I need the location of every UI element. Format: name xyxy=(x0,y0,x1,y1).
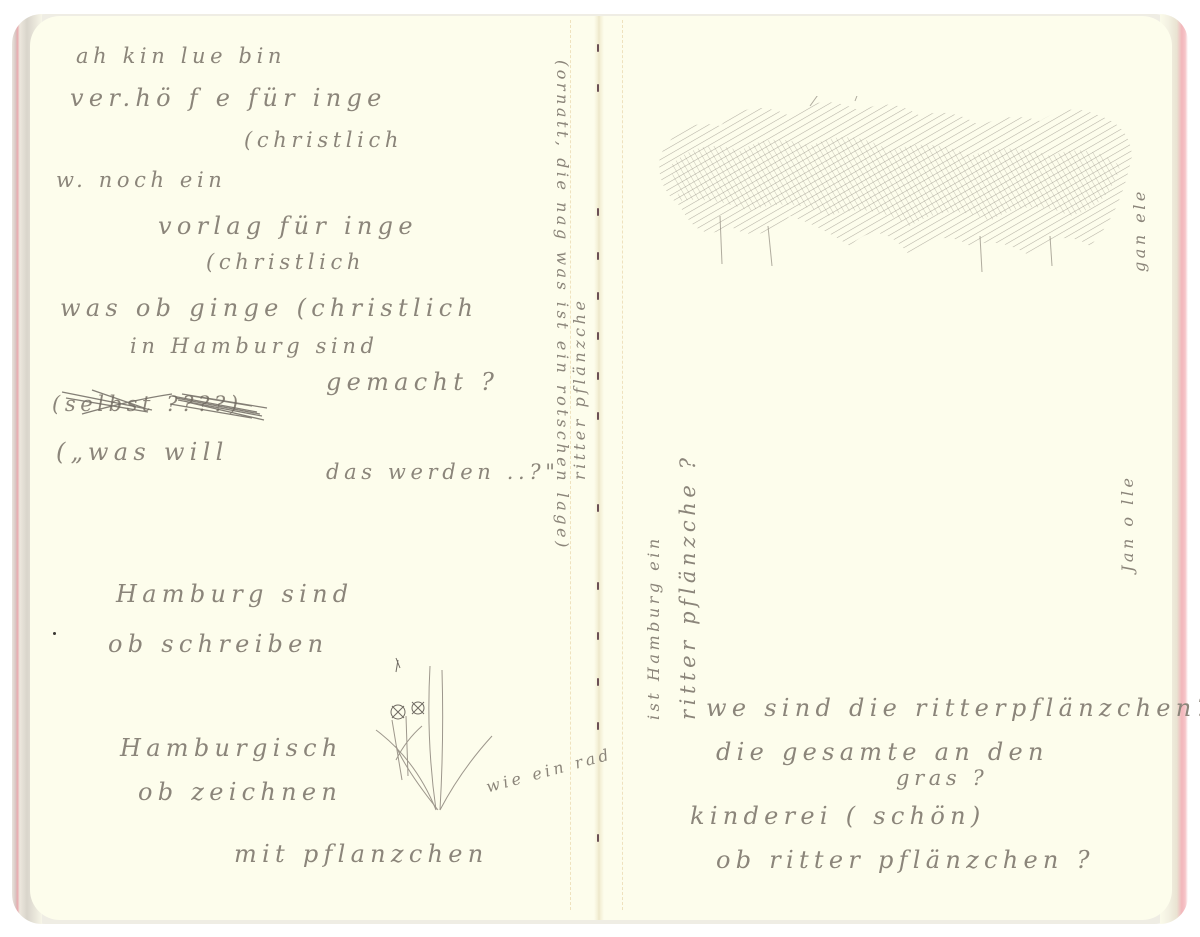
vertical-note: Jan o lle xyxy=(1118,475,1137,572)
binding-stitch xyxy=(597,678,599,686)
handwriting-line: das werden ..?" xyxy=(326,460,560,484)
vertical-note: ist Hamburg ein xyxy=(644,535,663,720)
crossed-out-scribble xyxy=(52,384,282,424)
binding-stitch xyxy=(597,292,599,300)
binding-stitch xyxy=(597,632,599,640)
binding-stitch xyxy=(597,412,599,420)
vertical-note: gan ele xyxy=(1130,188,1149,272)
handwriting-line: vorlag für inge xyxy=(158,212,418,240)
handwriting-line: ah kin lue bin xyxy=(76,44,286,68)
handwriting-line: Hamburgisch xyxy=(120,734,343,762)
handwriting-line: mit pflanzchen xyxy=(234,840,489,868)
perforation-line-right xyxy=(622,20,623,910)
binding-stitch xyxy=(597,372,599,380)
handwriting-line: w. noch ein xyxy=(56,168,226,192)
binding-stitch xyxy=(597,834,599,842)
binding-stitch xyxy=(597,504,599,512)
vertical-margin-note-lower: ritter pflänzche xyxy=(570,298,589,480)
binding-stitch xyxy=(597,722,599,730)
grass-and-flower-sketch xyxy=(366,650,506,830)
handwriting-line: we sind die ritterpflänzchen? xyxy=(706,694,1200,722)
binding-stitch xyxy=(597,84,599,92)
handwriting-line: ob schreiben xyxy=(108,630,328,658)
tree-line-sketch xyxy=(650,96,1140,276)
binding-stitch xyxy=(597,44,599,52)
handwriting-line: ob zeichnen xyxy=(138,778,342,806)
handwriting-line: gemacht ? xyxy=(326,368,499,396)
handwriting-line: gras ? xyxy=(896,766,988,790)
handwriting-line: Hamburg sind xyxy=(116,580,353,608)
binding-stitch xyxy=(597,582,599,590)
binding-gutter xyxy=(594,16,604,920)
vertical-note: ritter pflänzche ? xyxy=(676,453,700,720)
pencil-dot xyxy=(53,632,56,635)
handwriting-line: (christlich xyxy=(244,128,403,152)
handwriting-line: was ob ginge (christlich xyxy=(60,294,478,322)
handwriting-line: ver.hö f e für inge xyxy=(70,84,387,112)
handwriting-line: (christlich xyxy=(206,250,365,274)
handwriting-line: die gesamte an den xyxy=(716,738,1049,766)
binding-stitch xyxy=(597,208,599,216)
handwriting-line: ob ritter pflänzchen ? xyxy=(716,846,1095,874)
binding-stitch xyxy=(597,332,599,340)
handwriting-line: in Hamburg sind xyxy=(130,334,379,358)
handwriting-line: kinderei ( schön) xyxy=(690,802,985,830)
binding-stitch xyxy=(597,252,599,260)
handwriting-line: („was will xyxy=(56,438,229,466)
